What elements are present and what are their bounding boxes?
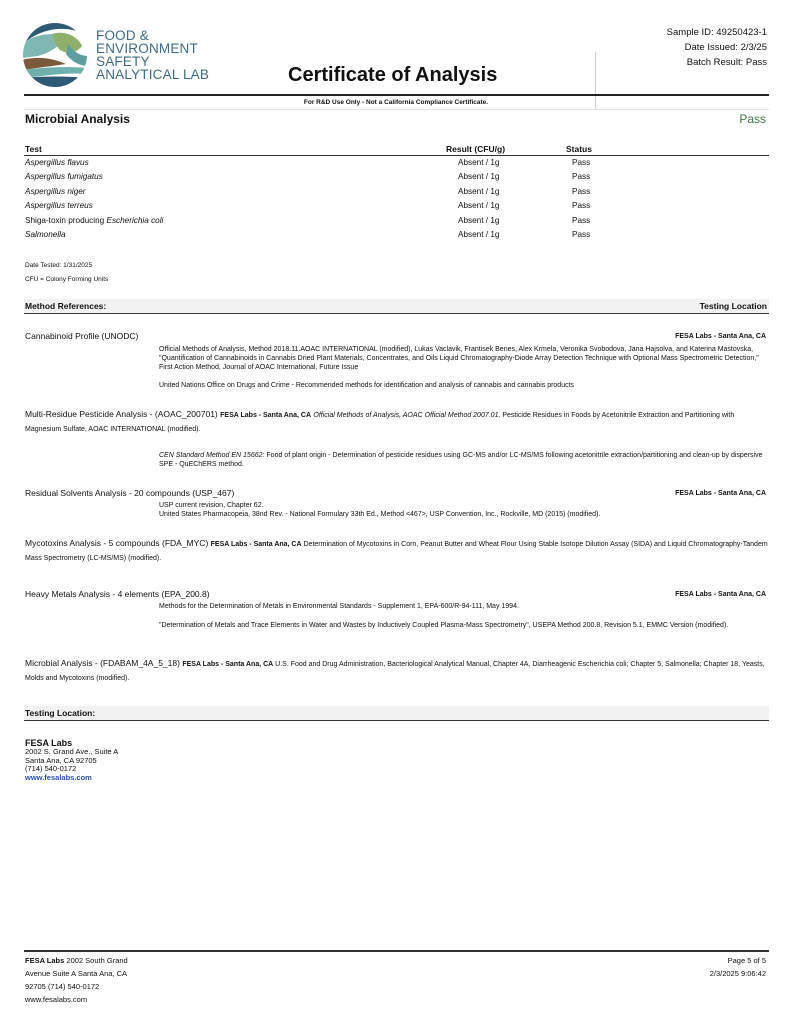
cen-method-name: CEN Standard Method EN 15662: [159, 452, 264, 459]
method-body: United States Pharmacopeia, 38nd Rev. - … [159, 510, 769, 519]
method-body: United Nations Office on Drugs and Crime… [159, 381, 769, 390]
logo-emblem-icon [22, 22, 88, 88]
page-number: Page 5 of 5 [710, 954, 766, 967]
method-location: FESA Labs - Santa Ana, CA [182, 661, 273, 668]
method-location: FESA Labs - Santa Ana, CA [220, 412, 311, 419]
method-ref-italic: Official Methods of Analysis, AOAC Offic… [313, 412, 500, 419]
testing-location-header: Testing Location: [24, 706, 769, 721]
cfu-note: CFU = Colony Forming Units [25, 276, 108, 283]
test-status: Pass [572, 201, 590, 210]
test-result: Absent / 1g [458, 230, 499, 239]
method-location: FESA Labs - Santa Ana, CA [675, 333, 766, 340]
method-pesticide: Multi-Residue Pesticide Analysis - (AOAC… [25, 408, 769, 436]
method-body: USP current revision, Chapter 62. [159, 501, 769, 510]
test-status: Pass [572, 172, 590, 181]
column-header-result: Result (CFU/g) [446, 144, 505, 154]
table-header-rule [24, 155, 769, 156]
method-location: FESA Labs - Santa Ana, CA [211, 541, 302, 548]
method-body: Official Methods of Analysis, Method 201… [159, 345, 769, 372]
disclaimer: For R&D Use Only - Not a California Comp… [24, 99, 768, 106]
test-name: Aspergillus terreus [25, 201, 93, 210]
website-link[interactable]: www.fesalabs.com [25, 773, 92, 782]
date-tested: Date Tested: 1/31/2025 [25, 262, 92, 269]
footer-address-line: 2002 South Grand [64, 956, 127, 965]
sample-id: Sample ID: 49250423-1 [667, 25, 767, 40]
batch-result: Batch Result: Pass [667, 55, 767, 70]
footer-lab-name: FESA Labs [25, 956, 64, 965]
testing-location-title: Testing Location: [25, 708, 95, 718]
organism-name: Aspergillus fumigatus [25, 172, 103, 181]
header-rule [24, 94, 769, 96]
footer-website: www.fesalabs.com [25, 993, 128, 1006]
footer-address-line: Avenue Suite A Santa Ana, CA [25, 967, 128, 980]
method-references-label: Method References: [25, 301, 106, 311]
table-row: Aspergillus nigerAbsent / 1gPass [0, 187, 791, 201]
table-row: Aspergillus flavusAbsent / 1gPass [0, 158, 791, 172]
organism-name: Aspergillus terreus [25, 201, 93, 210]
test-name: Aspergillus fumigatus [25, 172, 103, 181]
column-header-test: Test [25, 144, 42, 154]
testing-location-label: Testing Location [700, 301, 767, 311]
method-location: FESA Labs - Santa Ana, CA [675, 591, 766, 598]
table-row: Shiga-toxin producing Escherichia coliAb… [0, 216, 791, 230]
method-body: "Determination of Metals and Trace Eleme… [159, 621, 769, 630]
test-name: Salmonella [25, 230, 66, 239]
test-result: Absent / 1g [458, 172, 499, 181]
method-title-mycotoxins: Mycotoxins Analysis - 5 compounds (FDA_M… [25, 538, 208, 548]
method-title-metals: Heavy Metals Analysis - 4 elements (EPA_… [25, 589, 210, 599]
testing-location-block: FESA Labs 2002 S. Grand Ave., Suite A Sa… [25, 738, 118, 782]
test-result: Absent / 1g [458, 201, 499, 210]
generated-timestamp: 2/3/2025 9:06:42 [710, 967, 766, 980]
date-issued: Date Issued: 2/3/25 [667, 40, 767, 55]
microbial-status-badge: Pass [739, 112, 766, 126]
table-row: SalmonellaAbsent / 1gPass [0, 230, 791, 244]
footer-page-info: Page 5 of 5 2/3/2025 9:06:42 [710, 954, 766, 980]
table-row: Aspergillus terreusAbsent / 1gPass [0, 201, 791, 215]
method-microbial: Microbial Analysis - (FDABAM_4A_5_18) FE… [25, 657, 769, 685]
method-title-cannabinoid: Cannabinoid Profile (UNODC) [25, 331, 138, 341]
test-status: Pass [572, 187, 590, 196]
lab-logo [22, 22, 88, 88]
organism-name: Aspergillus niger [25, 187, 86, 196]
method-mycotoxins: Mycotoxins Analysis - 5 compounds (FDA_M… [25, 537, 769, 565]
method-title-pesticide: Multi-Residue Pesticide Analysis - (AOAC… [25, 409, 218, 419]
test-name: Aspergillus flavus [25, 158, 89, 167]
lab-name-logotype: FOOD & ENVIRONMENT SAFETY ANALYTICAL LAB [96, 29, 209, 81]
method-body-cen: CEN Standard Method EN 15662: Food of pl… [159, 451, 769, 469]
table-row: Aspergillus fumigatusAbsent / 1gPass [0, 172, 791, 186]
test-name: Shiga-toxin producing Escherichia coli [25, 216, 163, 225]
page-title: Certificate of Analysis [288, 64, 497, 87]
test-result: Absent / 1g [458, 187, 499, 196]
test-status: Pass [572, 216, 590, 225]
test-status: Pass [572, 158, 590, 167]
column-header-status: Status [566, 144, 592, 154]
microbial-section-title: Microbial Analysis [25, 112, 130, 126]
organism-name: Salmonella [25, 230, 66, 239]
test-name: Aspergillus niger [25, 187, 86, 196]
test-result: Absent / 1g [458, 158, 499, 167]
footer-rule [24, 950, 769, 952]
sample-meta: Sample ID: 49250423-1 Date Issued: 2/3/2… [667, 25, 767, 70]
method-title-solvents: Residual Solvents Analysis - 20 compound… [25, 488, 234, 498]
method-location: FESA Labs - Santa Ana, CA [675, 490, 766, 497]
method-body: Methods for the Determination of Metals … [159, 602, 769, 611]
footer-address-line: 92705 (714) 540-0172 [25, 980, 128, 993]
test-result: Absent / 1g [458, 216, 499, 225]
method-references-header: Method References: Testing Location [24, 299, 769, 314]
logo-line: ANALYTICAL LAB [96, 68, 209, 81]
test-name-plain: Shiga-toxin producing [25, 216, 106, 225]
footer-address: FESA Labs 2002 South Grand Avenue Suite … [25, 954, 128, 1006]
method-title-microbial: Microbial Analysis - (FDABAM_4A_5_18) [25, 658, 180, 668]
test-status: Pass [572, 230, 590, 239]
divider [24, 109, 769, 110]
organism-name: Aspergillus flavus [25, 158, 89, 167]
organism-name: Escherichia coli [106, 216, 163, 225]
